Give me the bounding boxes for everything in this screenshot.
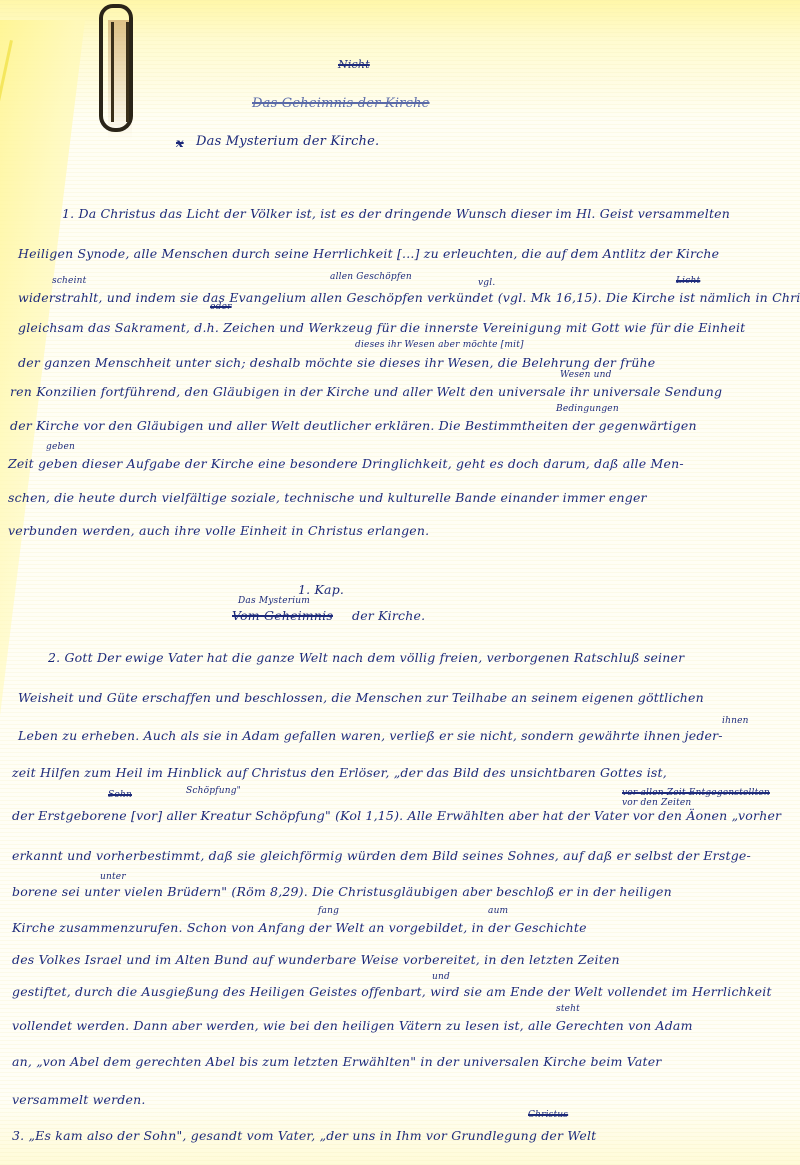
p3-interlinear: Christus: [528, 1110, 568, 1120]
struck-top-word: Nicht: [338, 58, 370, 71]
p1-interlinear: Licht: [676, 276, 700, 286]
chapter-number: 1. Kap.: [298, 582, 344, 597]
manuscript-page: Nicht Das Geheimnis der Kirche x Das Mys…: [0, 0, 800, 1165]
p2-line-13: versammelt werden.: [12, 1092, 146, 1107]
p1-line-6: ren Konzilien fortführend, den Gläubigen…: [10, 384, 722, 399]
p1-line-4: gleichsam das Sakrament, d.h. Zeichen un…: [18, 320, 745, 335]
p2-interlinear: und: [432, 972, 450, 982]
p2-interlinear: steht: [556, 1004, 580, 1014]
p2-interlinear: Schöpfung": [186, 786, 241, 796]
p2-line-3: Leben zu erheben. Auch als sie in Adam g…: [18, 728, 723, 743]
page-heading: Das Mysterium der Kirche.: [196, 134, 379, 149]
p1-interlinear: scheint: [52, 276, 86, 286]
p1-line-3: widerstrahlt, und indem sie das Evangeli…: [18, 290, 800, 305]
p2-interlinear: vor den Zeiten: [622, 798, 691, 808]
p2-interlinear: vor allen Zeit Entgegenstellten: [622, 788, 770, 798]
p2-line-9: des Volkes Israel und im Alten Bund auf …: [12, 952, 620, 967]
paper-fold-shading: [0, 20, 85, 720]
chapter-inserted: Das Mysterium: [238, 596, 310, 606]
p1-interlinear: dieses ihr Wesen aber möchte [mit]: [355, 340, 524, 350]
p1-line-1: 1. Da Christus das Licht der Völker ist,…: [62, 206, 730, 221]
p2-line-1: 2. Gott Der ewige Vater hat die ganze We…: [48, 650, 684, 665]
p2-interlinear: ihnen: [722, 716, 749, 726]
p2-line-6: erkannt und vorherbestimmt, daß sie glei…: [12, 848, 751, 863]
p3-line-1: 3. „Es kam also der Sohn", gesandt vom V…: [12, 1128, 596, 1143]
p1-interlinear: Bedingungen: [556, 404, 619, 414]
p2-line-10: gestiftet, durch die Ausgießung des Heil…: [12, 984, 772, 999]
p1-interlinear: Wesen und: [560, 370, 612, 380]
p2-line-2: Weisheit und Güte erschaffen und beschlo…: [18, 690, 704, 705]
p2-interlinear: unter: [100, 872, 126, 882]
p1-interlinear: allen Geschöpfen: [330, 272, 412, 282]
p1-line-5: der ganzen Menschheit unter sich; deshal…: [18, 355, 655, 370]
p2-line-11: vollendet werden. Dann aber werden, wie …: [12, 1018, 693, 1033]
p1-line-9: schen, die heute durch vielfältige sozia…: [8, 490, 647, 505]
p2-line-8: Kirche zusammenzurufen. Schon von Anfang…: [12, 920, 587, 935]
p1-line-8: Zeit geben dieser Aufgabe der Kirche ein…: [8, 456, 684, 471]
p1-interlinear: oder: [210, 302, 232, 312]
p1-interlinear: geben: [46, 442, 75, 452]
p1-line-7: der Kirche vor den Gläubigen und aller W…: [10, 418, 697, 433]
p1-line-10: verbunden werden, auch ihre volle Einhei…: [8, 523, 429, 538]
paperclip-icon: [99, 4, 133, 132]
p2-interlinear: fang: [318, 906, 339, 916]
chapter-title: der Kirche.: [352, 608, 425, 623]
p1-interlinear: vgl.: [478, 278, 495, 288]
p2-line-5: der Erstgeborene [vor] aller Kreatur Sch…: [12, 808, 781, 823]
p2-interlinear: Sohn: [108, 790, 132, 800]
p2-line-4: zeit Hilfen zum Heil im Hinblick auf Chr…: [12, 765, 667, 780]
p2-line-12: an, „von Abel dem gerechten Abel bis zum…: [12, 1054, 661, 1069]
heading-marker: x: [176, 135, 184, 150]
chapter-struck: Vom Geheimnis: [232, 608, 333, 623]
p2-interlinear: aum: [488, 906, 508, 916]
p1-line-2: Heiligen Synode, alle Menschen durch sei…: [18, 246, 719, 261]
p2-line-7: borene sei unter vielen Brüdern" (Röm 8,…: [12, 884, 672, 899]
struck-heading: Das Geheimnis der Kirche: [252, 96, 622, 111]
